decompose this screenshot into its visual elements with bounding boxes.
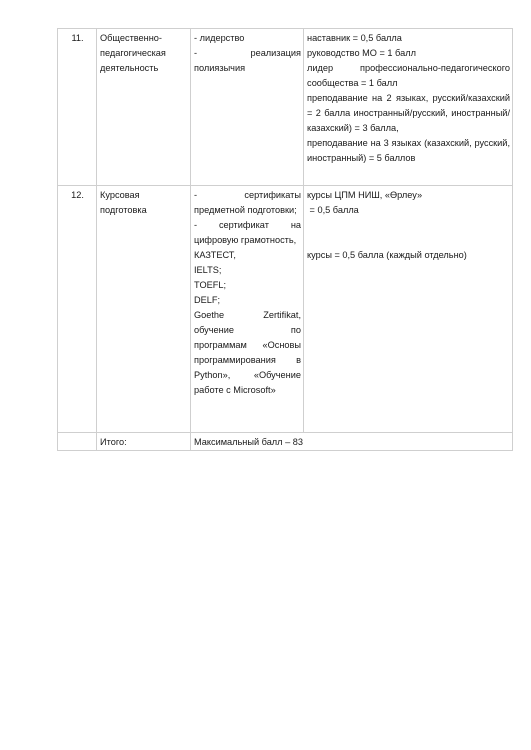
indicator-item: - сертификаты предметной подготовки; (194, 188, 301, 218)
indicators-cell: - лидерство - реализация полиязычия (191, 29, 304, 186)
criterion-text: Курсовая подготовка (100, 188, 170, 218)
score-item: руководство МО = 1 балл (307, 46, 510, 61)
indicator-item: - лидерство (194, 31, 301, 46)
table-row: 12. Курсовая подготовка - сертификаты пр… (58, 186, 513, 433)
spacer (307, 218, 510, 248)
row-number: 11. (58, 29, 97, 186)
scores-cell: наставник = 0,5 балла руководство МО = 1… (304, 29, 513, 186)
indicators-cell: - сертификаты предметной подготовки; - с… (191, 186, 304, 433)
indicator-item: Goethe Zertifikat, обучение по программа… (194, 308, 301, 398)
total-label: Итого: (97, 433, 191, 451)
indicator-item: - реализация полиязычия (194, 46, 301, 76)
score-item: преподавание на 2 языках, русский/казахс… (307, 91, 510, 136)
criteria-table: 11. Общественно-педагогическая деятельно… (57, 28, 513, 451)
criterion-cell: Курсовая подготовка (97, 186, 191, 433)
total-row: Итого: Максимальный балл – 83 (58, 433, 513, 451)
criterion-text: Общественно-педагогическая деятельность (100, 31, 178, 76)
indicator-item: DELF; (194, 293, 301, 308)
indicator-item: КАЗТЕСТ, (194, 248, 301, 263)
score-item: курсы ЦПМ НИШ, «Өрлеу» (307, 188, 510, 203)
score-item: наставник = 0,5 балла (307, 31, 510, 46)
score-item: = 0,5 балла (307, 203, 510, 218)
total-value: Максимальный балл – 83 (191, 433, 513, 451)
score-item: лидер профессионально-педагогического со… (307, 61, 510, 91)
row-number: 12. (58, 186, 97, 433)
table-row: 11. Общественно-педагогическая деятельно… (58, 29, 513, 186)
scores-cell: курсы ЦПМ НИШ, «Өрлеу» = 0,5 балла курсы… (304, 186, 513, 433)
indicator-item: - сертификат на цифровую грамотность, (194, 218, 301, 248)
indicator-item: TOEFL; (194, 278, 301, 293)
score-item: курсы = 0,5 балла (каждый отдельно) (307, 248, 510, 263)
empty-cell (58, 433, 97, 451)
indicator-item: IELTS; (194, 263, 301, 278)
score-item: преподавание на 3 языках (казахский, рус… (307, 136, 510, 166)
criterion-cell: Общественно-педагогическая деятельность (97, 29, 191, 186)
